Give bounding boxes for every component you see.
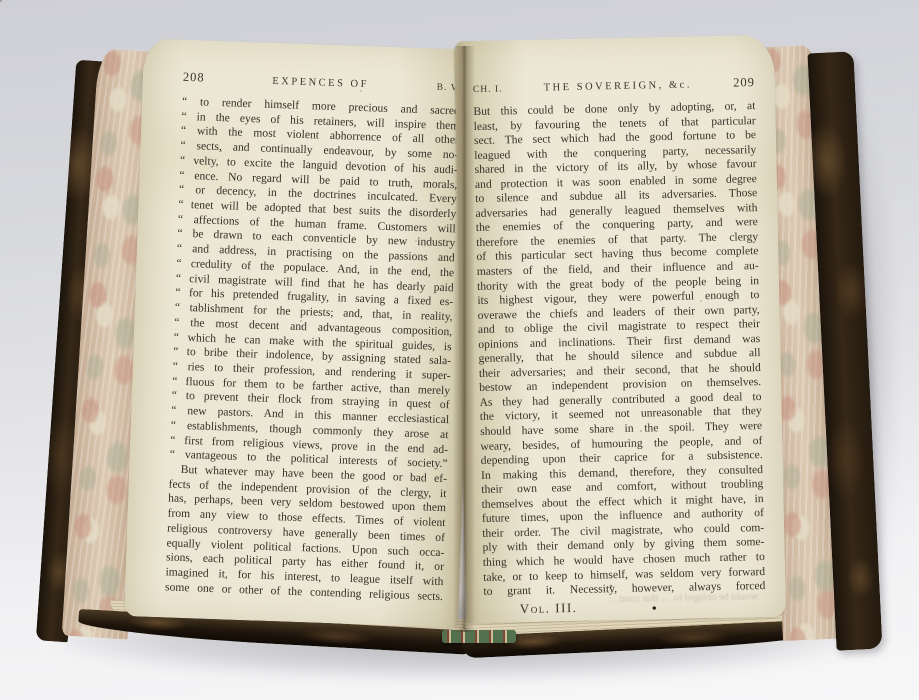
left-page: 208 EXPENCES OF B. V. “ to render himsel… <box>124 38 478 627</box>
left-page-number: 208 <box>183 70 205 86</box>
right-running-title: THE SOVEREIGN, &c. <box>502 79 733 95</box>
right-page-number: 209 <box>733 75 755 90</box>
left-page-header: 208 EXPENCES OF B. V. <box>143 38 478 95</box>
right-page: CH. I. THE SOVEREIGN, &c. 209 But this c… <box>454 35 786 624</box>
dust-specks <box>0 0 2 2</box>
left-running-title: EXPENCES OF <box>204 73 437 92</box>
chapter-mark: CH. I. <box>473 84 503 95</box>
right-page-header: CH. I. THE SOVEREIGN, &c. 209 <box>454 35 775 97</box>
left-page-text: “ to render himself more precious and sa… <box>125 93 476 605</box>
right-page-text: But this could be done only by adopting,… <box>455 99 785 600</box>
photograph-background: 208 EXPENCES OF B. V. “ to render himsel… <box>0 0 919 700</box>
gutter-shadow <box>453 46 475 632</box>
